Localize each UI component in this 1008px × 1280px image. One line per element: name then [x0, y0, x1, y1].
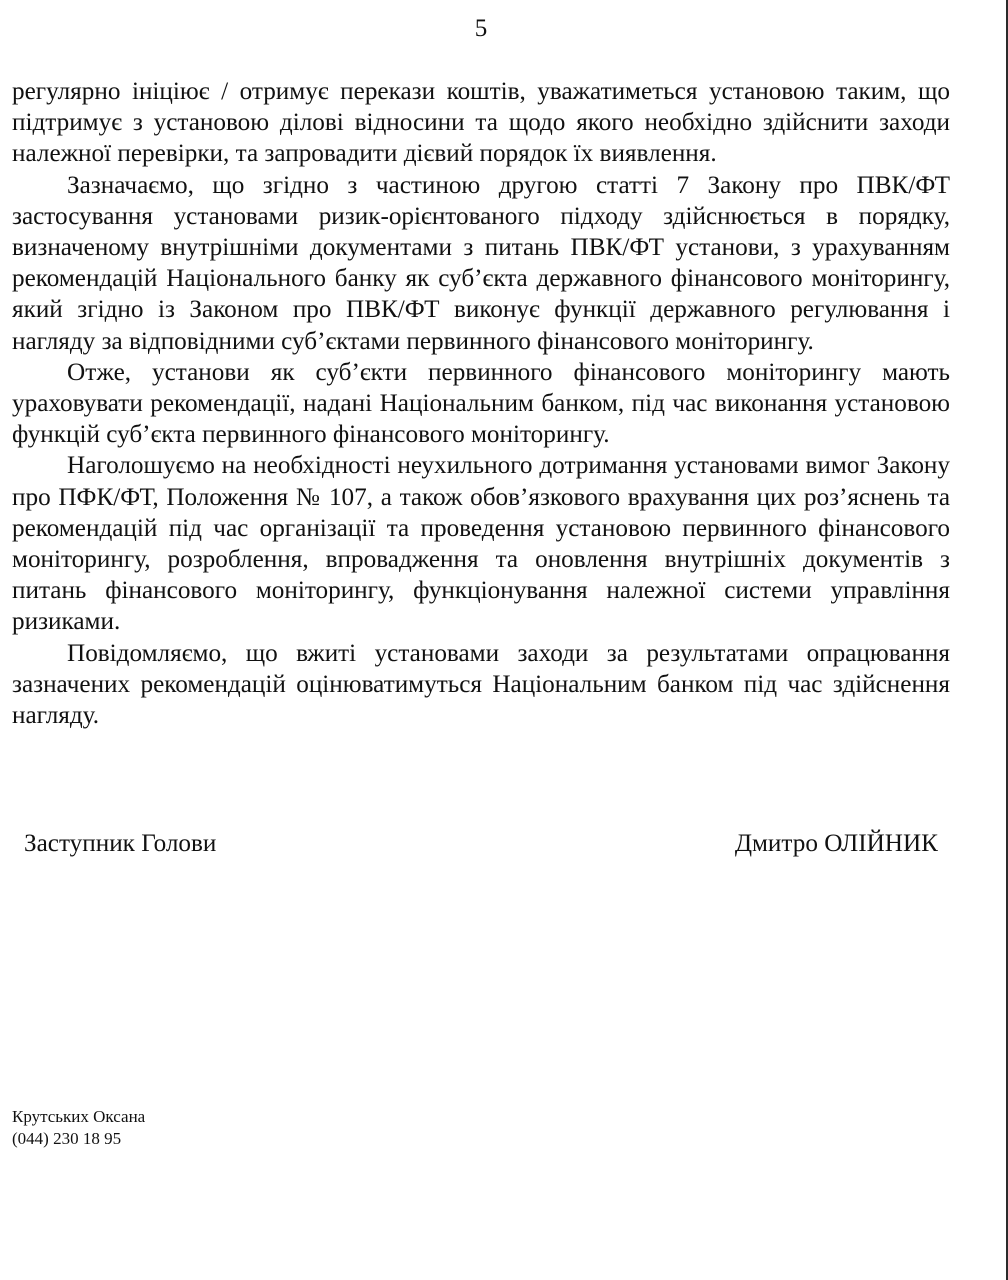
paragraph-supervision-notice: Повідомляємо, що вжиті установами заходи…	[12, 638, 950, 732]
contact-phone: (044) 230 18 95	[12, 1128, 145, 1150]
signatory-name: Дмитро ОЛІЙНИК	[735, 828, 938, 859]
contact-person: Крутських Оксана	[12, 1106, 145, 1128]
paragraph-recommendations: Отже, установи як суб’єкти первинного фі…	[12, 357, 950, 451]
signatory-position: Заступник Голови	[24, 828, 216, 859]
paragraph-continuation: регулярно ініціює / отримує перекази кош…	[12, 76, 950, 170]
document-page: 5 регулярно ініціює / отримує перекази к…	[0, 0, 1006, 1280]
page-number: 5	[0, 14, 962, 44]
letter-body: регулярно ініціює / отримує перекази кош…	[12, 76, 950, 731]
paragraph-risk-based-approach: Зазначаємо, що згідно з частиною другою …	[12, 170, 950, 357]
contact-block: Крутських Оксана (044) 230 18 95	[12, 1106, 145, 1150]
paragraph-compliance-emphasis: Наголошуємо на необхідності неухильного …	[12, 450, 950, 637]
